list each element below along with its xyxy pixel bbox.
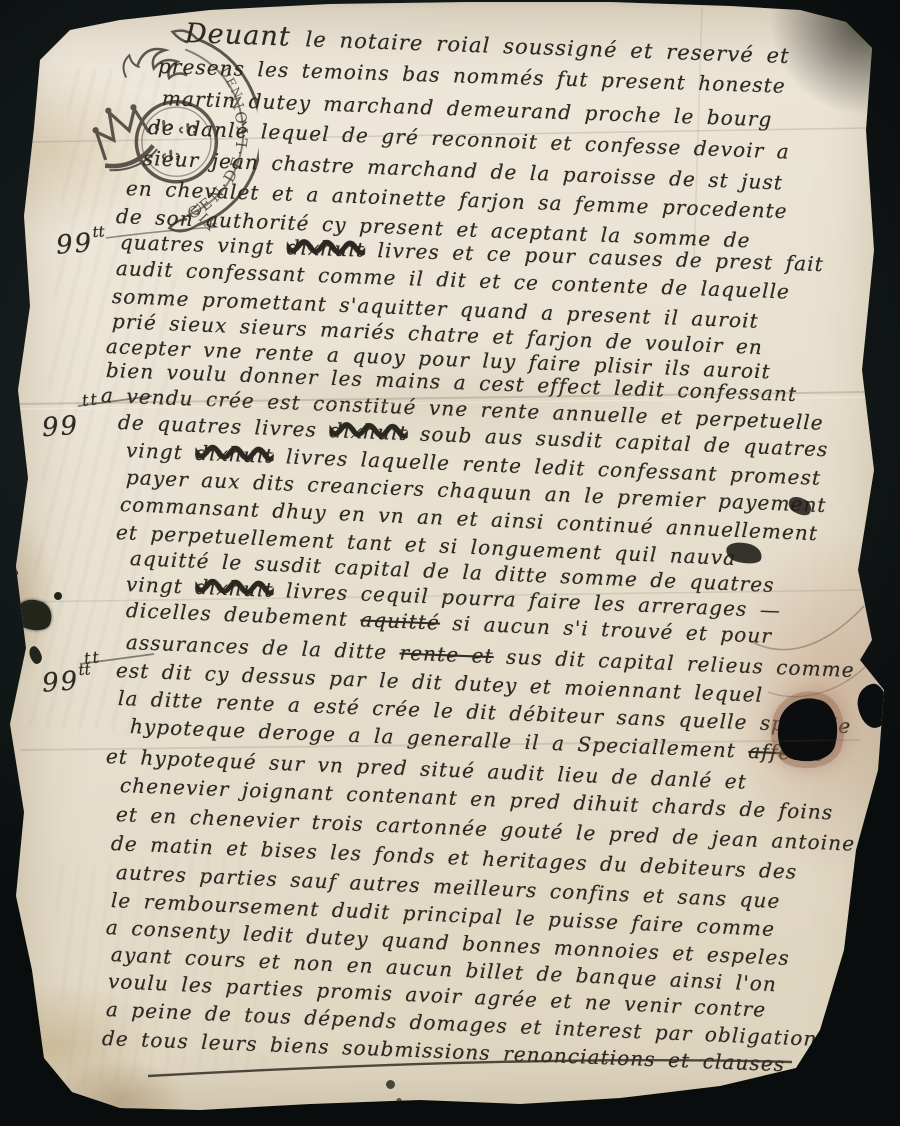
- margin-amount-value: 99: [55, 228, 94, 261]
- manuscript-text: quatres vingt: [120, 230, 288, 259]
- margin-amount-unit: tt: [92, 222, 105, 241]
- manuscript-text-block: Deuant le notaire roial soussigné et res…: [0, 0, 900, 1126]
- manuscript-word-strike: rente et: [399, 641, 494, 669]
- manuscript-text: vingt: [126, 438, 196, 465]
- manuscript-word-scribble: dixhuit: [195, 441, 274, 468]
- manuscript-word-scribble: dixhuit: [329, 418, 408, 445]
- photograph-of-manuscript: GEN·DE·LYON DIX DEN Deuant le notaire ro…: [0, 0, 900, 1126]
- ink-speck: [386, 1080, 395, 1089]
- margin-amount-note: 99: [41, 413, 80, 442]
- margin-amount-value: 99: [41, 666, 80, 699]
- margin-amount-value: tt: [81, 389, 100, 410]
- margin-amount-unit: tt: [78, 660, 91, 679]
- margin-amount-note: tt: [81, 391, 99, 409]
- manuscript-text: Deuant: [184, 18, 306, 53]
- margin-amount-value: 99: [41, 411, 80, 444]
- manuscript-word-scribble: dixhuit: [195, 575, 274, 602]
- ink-spatter-dot: [12, 570, 18, 576]
- manuscript-paper-sheet: GEN·DE·LYON DIX DEN Deuant le notaire ro…: [0, 0, 900, 1126]
- margin-amount-note: 99tt: [55, 224, 106, 258]
- ink-spatter-dot: [54, 592, 62, 600]
- margin-amount-note: 99tt: [41, 662, 92, 696]
- ink-speck: [396, 1098, 402, 1105]
- manuscript-word-scribble: dixhuit: [286, 235, 365, 261]
- manuscript-text: de quatres livres: [118, 410, 330, 442]
- manuscript-word-strike: aquitté: [360, 607, 441, 634]
- manuscript-text: vingt: [126, 572, 196, 599]
